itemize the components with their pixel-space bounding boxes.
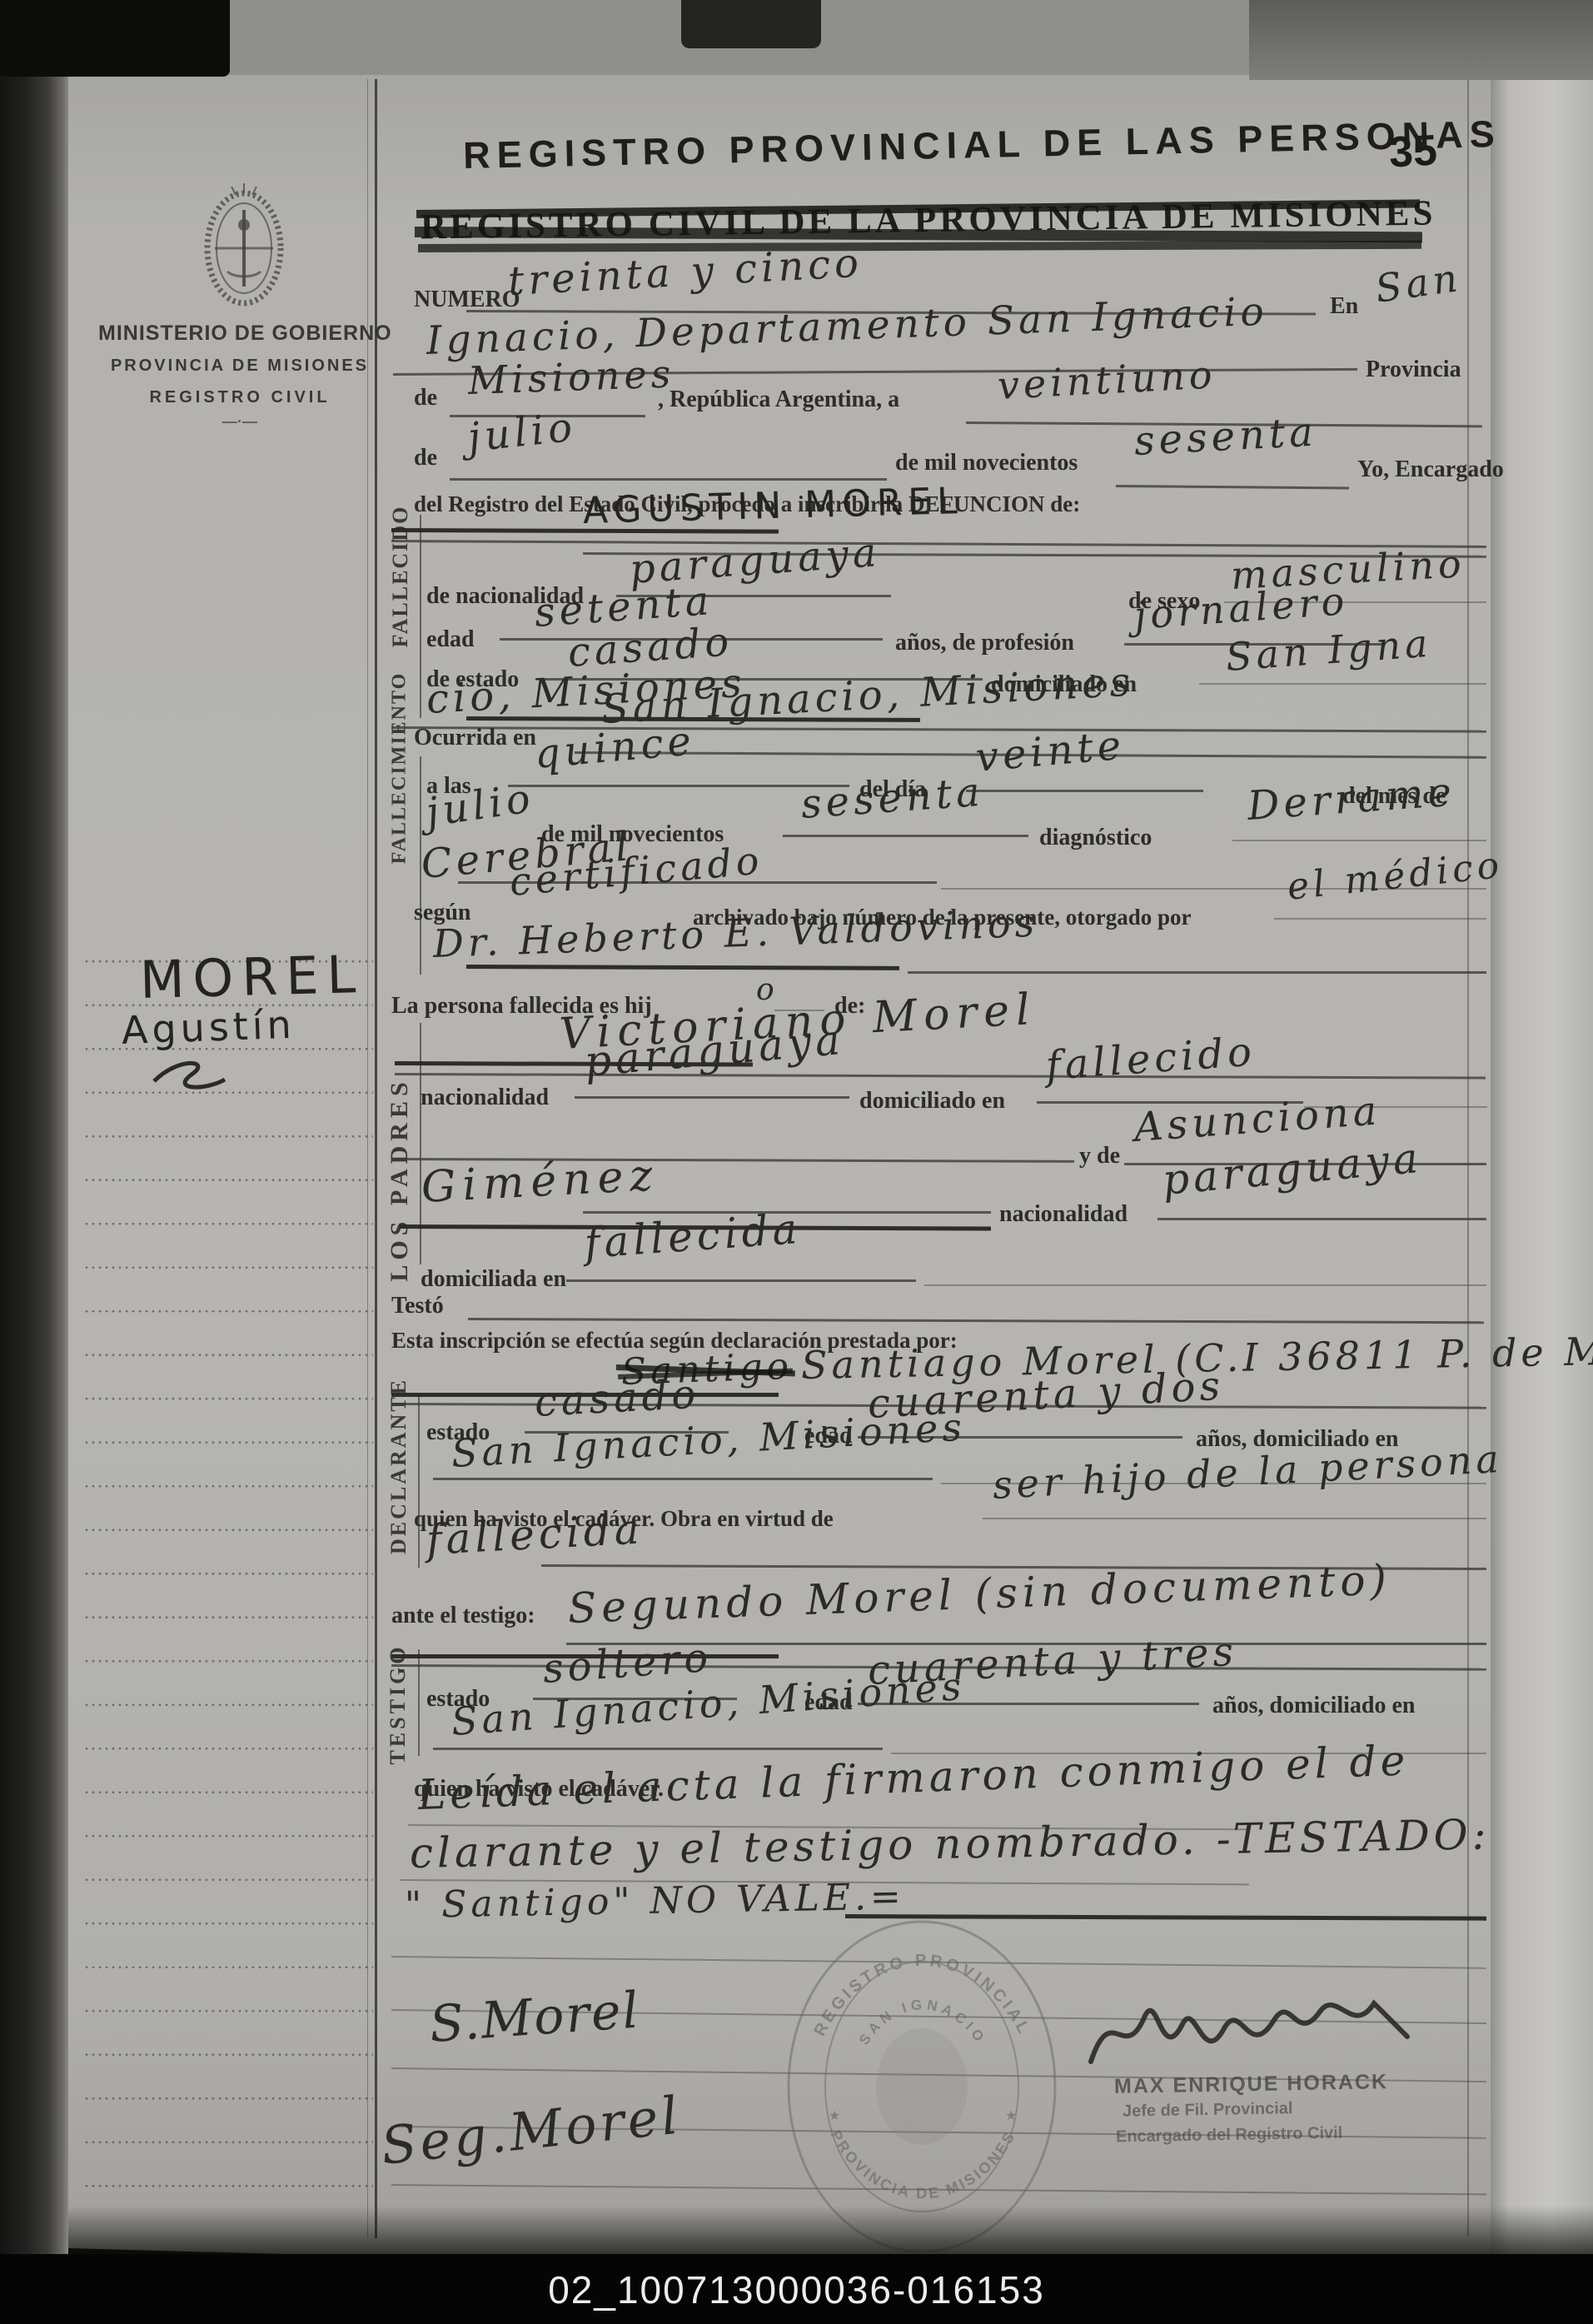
edad-label: edad (426, 626, 475, 653)
svg-text:★: ★ (1005, 2109, 1017, 2123)
rule-line (1232, 840, 1486, 841)
declarante-bracket (418, 1396, 420, 1568)
book-binding (0, 73, 68, 2256)
rule-line (1157, 1218, 1486, 1220)
section-label-padres: LOS PADRES (386, 1077, 414, 1281)
rule-line (566, 1279, 916, 1282)
novecientos-label: de mil novecientos (895, 450, 1078, 476)
margin-dotted-lines (83, 940, 373, 2199)
fallecido-bracket (420, 515, 421, 718)
margin-separator-thin (367, 79, 368, 2238)
rule-line (783, 835, 1028, 837)
de-label-2: de (414, 445, 437, 471)
anio-value: sesenta (1133, 409, 1319, 465)
nacionalidad-madre-label: nacionalidad (999, 1201, 1128, 1228)
diagnostico-label: diagnóstico (1039, 825, 1152, 851)
profesion-label: años, de profesión (895, 630, 1074, 656)
rule-line (433, 1748, 883, 1750)
nacionalidad-padre-label: nacionalidad (421, 1085, 549, 1111)
margin-separator (375, 79, 377, 2238)
provincia-label: Provincia (1366, 357, 1461, 383)
rule-line (924, 1284, 1486, 1286)
ministry-province: PROVINCIA DE MISIONES (98, 357, 381, 376)
page-right-edge (1491, 75, 1593, 2254)
svg-text:★: ★ (829, 2109, 840, 2123)
scanned-death-record-page: MINISTERIO DE GOBIERNO PROVINCIA DE MISI… (0, 0, 1593, 2324)
y-de-label: y de (1079, 1143, 1120, 1169)
domiciliado-padre-label: domiciliado en (859, 1088, 1005, 1115)
declarant-estado-value: casado (534, 1371, 701, 1426)
rule-line (508, 785, 849, 787)
republica-label: , República Argentina, a (658, 387, 899, 413)
rule-line (966, 790, 1203, 792)
domiciliada-label: domiciliada en (421, 1266, 566, 1293)
official-stamp-name: MAX ENRIQUE HORACK (1114, 2070, 1389, 2099)
official-stamp-title-1: Jefe de Fil. Provincial (1123, 2099, 1293, 2122)
rule-line (908, 971, 1486, 974)
official-stamp-title-2: Encargado del Registro Civil (1116, 2124, 1343, 2147)
testo-label: Testó (391, 1293, 444, 1319)
en-label: En (1330, 293, 1358, 320)
ante-testigo-label: ante el testigo: (391, 1603, 535, 1629)
yo-encargado-label: Yo, Encargado (1357, 456, 1504, 483)
record-number: 35 (1387, 126, 1438, 178)
rule-line (575, 1096, 849, 1099)
provincia-value: Misiones (467, 351, 675, 403)
ocurrida-label: Ocurrida en (414, 725, 536, 751)
page-bottom-shadow (68, 2206, 1593, 2256)
margin-index-givenname: Agustín (121, 1002, 296, 1053)
rule-line (1199, 683, 1486, 685)
section-label-testigo: TESTIGO (386, 1643, 411, 1764)
top-left-dark-mark (0, 0, 230, 77)
ministry-title: MINISTERIO DE GOBIERNO (98, 322, 381, 346)
rule-line (450, 478, 887, 481)
page-fold-line (1467, 79, 1469, 2237)
margin-flourish (146, 1048, 246, 1098)
archive-id-label: 02_100713000036-016153 (0, 2267, 1593, 2312)
top-right-shadow (1249, 0, 1593, 80)
margin-index-surname: MOREL (139, 944, 365, 1010)
section-label-fallecimiento: FALLECIMIENTO (389, 672, 411, 864)
coat-of-arms-seal (190, 182, 298, 315)
ministry-dash: —·— (98, 413, 381, 431)
rule-line (1274, 918, 1486, 920)
rule-line (983, 1518, 1486, 1519)
rule-line (433, 1478, 933, 1480)
ministry-registry: REGISTRO CIVIL (98, 388, 381, 407)
witness-domiciliado-label: años, domiciliado en (1212, 1693, 1415, 1719)
de-label-1: de (414, 385, 437, 411)
top-middle-dark-mark (681, 0, 821, 48)
section-label-fallecido: FALLECIDO (388, 506, 413, 648)
svg-text:REGISTRO PROVINCIAL: REGISTRO PROVINCIAL (811, 1952, 1034, 2039)
